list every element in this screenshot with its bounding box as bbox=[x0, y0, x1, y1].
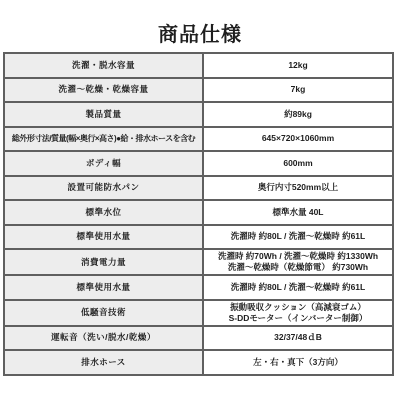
table-row: 洗濯～乾燥・乾燥容量 7kg bbox=[4, 78, 393, 103]
table-row: 総外形寸法/質量(幅×奥行×高さ)●給・排水ホースを含む 645×720×106… bbox=[4, 127, 393, 152]
table-row: 運転音（洗い/脱水/乾燥） 32/37/48ｄB bbox=[4, 326, 393, 351]
spec-label: 運転音（洗い/脱水/乾燥） bbox=[4, 326, 203, 351]
spec-label: 総外形寸法/質量(幅×奥行×高さ)●給・排水ホースを含む bbox=[4, 127, 203, 152]
spec-label: 設置可能防水パン bbox=[4, 176, 203, 201]
spec-value: 645×720×1060mm bbox=[203, 127, 393, 152]
spec-value: 洗濯時 約80L / 洗濯～乾燥時 約61L bbox=[203, 225, 393, 250]
table-row: 製品質量 約89kg bbox=[4, 102, 393, 127]
spec-label: ボディ幅 bbox=[4, 151, 203, 176]
spec-label: 洗濯～乾燥・乾燥容量 bbox=[4, 78, 203, 103]
spec-value: 振動吸収クッション（高減衰ゴム） S-DDモーター（インバーター制御） bbox=[203, 300, 393, 326]
table-row: 消費電力量 洗濯時 約70Wh / 洗濯～乾燥時 約1330Wh 洗濯～乾燥時（… bbox=[4, 249, 393, 275]
spec-label: 洗濯・脱水容量 bbox=[4, 53, 203, 78]
table-row: ボディ幅 600mm bbox=[4, 151, 393, 176]
spec-value: 洗濯時 約70Wh / 洗濯～乾燥時 約1330Wh 洗濯～乾燥時（乾燥節電） … bbox=[203, 249, 393, 275]
spec-label: 標準使用水量 bbox=[4, 275, 203, 300]
table-row: 低騒音技術 振動吸収クッション（高減衰ゴム） S-DDモーター（インバーター制御… bbox=[4, 300, 393, 326]
page-title: 商品仕様 bbox=[0, 0, 400, 52]
spec-value: 左・右・真下（3方向） bbox=[203, 350, 393, 375]
spec-table: 洗濯・脱水容量 12kg 洗濯～乾燥・乾燥容量 7kg 製品質量 約89kg 総… bbox=[3, 52, 394, 376]
table-row: 標準水位 標準水量 40L bbox=[4, 200, 393, 225]
spec-label: 低騒音技術 bbox=[4, 300, 203, 326]
spec-value: 7kg bbox=[203, 78, 393, 103]
product-spec-sheet: 商品仕様 洗濯・脱水容量 12kg 洗濯～乾燥・乾燥容量 7kg 製品質量 約8… bbox=[0, 0, 400, 400]
spec-value: 洗濯時 約80L / 洗濯～乾燥時 約61L bbox=[203, 275, 393, 300]
spec-label: 標準使用水量 bbox=[4, 225, 203, 250]
table-row: 排水ホース 左・右・真下（3方向） bbox=[4, 350, 393, 375]
spec-label: 排水ホース bbox=[4, 350, 203, 375]
spec-value: 600mm bbox=[203, 151, 393, 176]
spec-label: 製品質量 bbox=[4, 102, 203, 127]
spec-value: 32/37/48ｄB bbox=[203, 326, 393, 351]
table-row: 標準使用水量 洗濯時 約80L / 洗濯～乾燥時 約61L bbox=[4, 275, 393, 300]
table-row: 設置可能防水パン 奥行内寸520mm以上 bbox=[4, 176, 393, 201]
spec-label: 消費電力量 bbox=[4, 249, 203, 275]
table-row: 洗濯・脱水容量 12kg bbox=[4, 53, 393, 78]
spec-value: 奥行内寸520mm以上 bbox=[203, 176, 393, 201]
spec-value: 標準水量 40L bbox=[203, 200, 393, 225]
table-row: 標準使用水量 洗濯時 約80L / 洗濯～乾燥時 約61L bbox=[4, 225, 393, 250]
spec-label: 標準水位 bbox=[4, 200, 203, 225]
spec-value: 12kg bbox=[203, 53, 393, 78]
spec-value: 約89kg bbox=[203, 102, 393, 127]
